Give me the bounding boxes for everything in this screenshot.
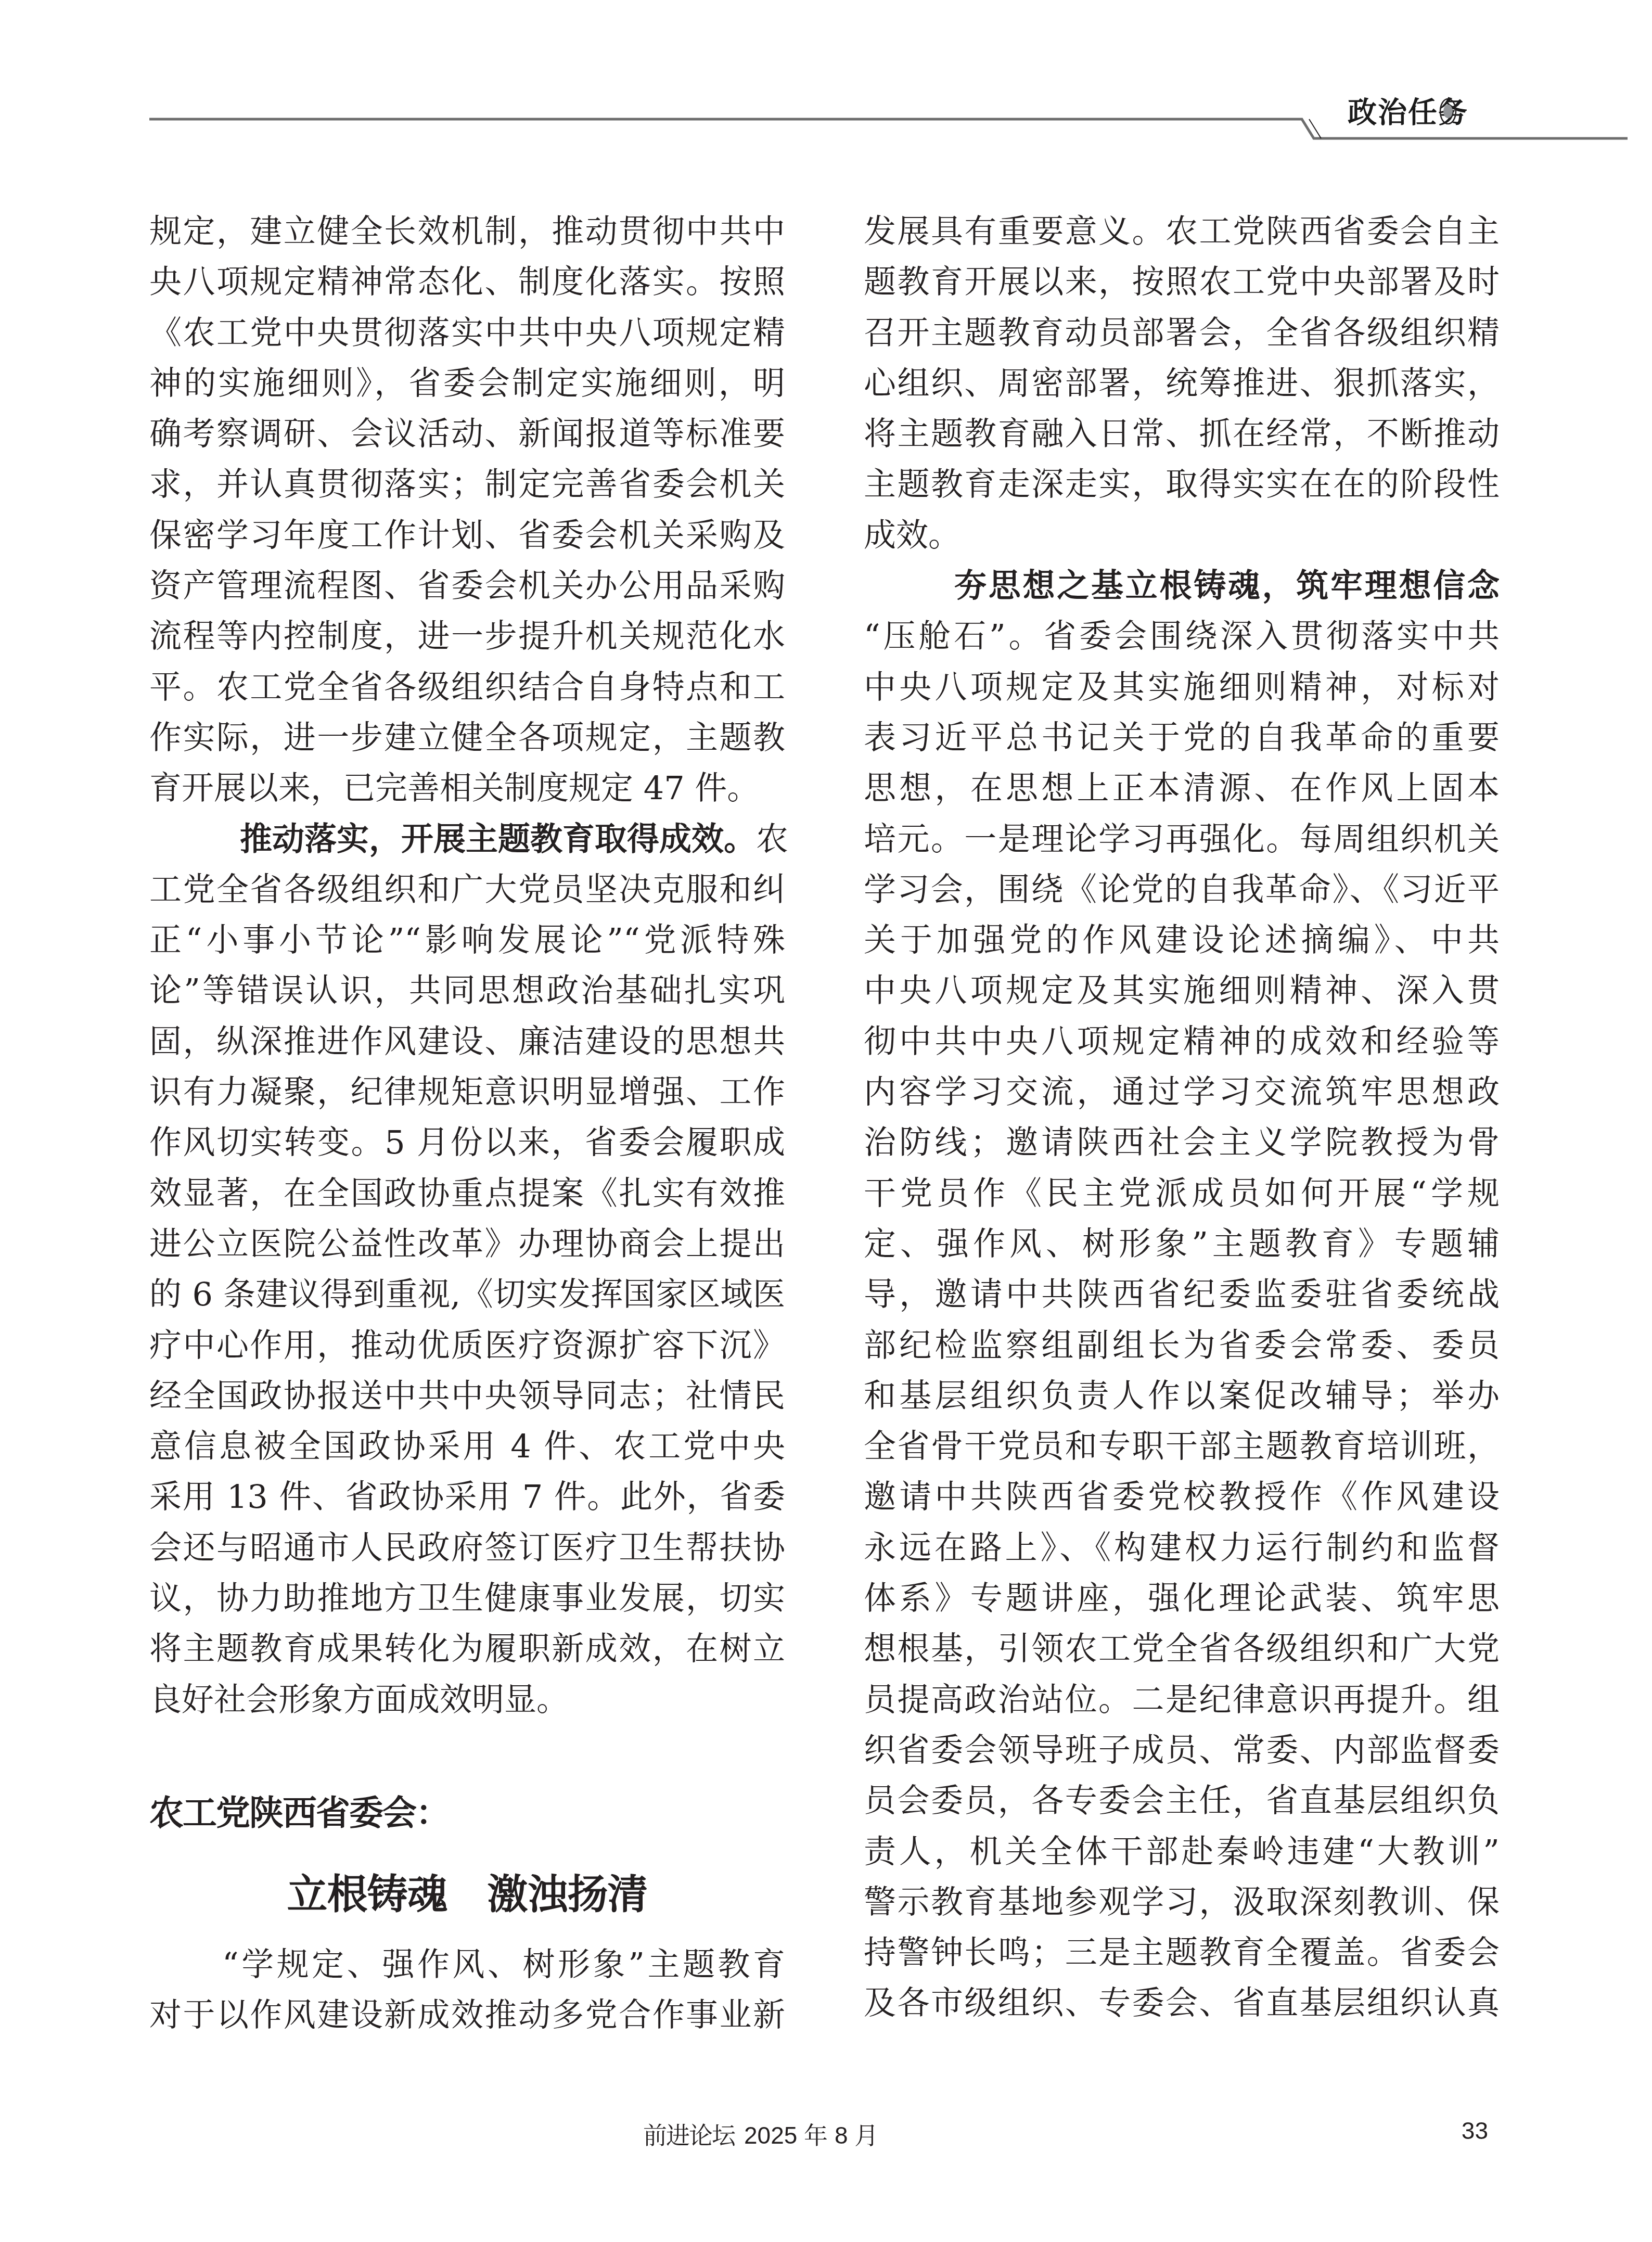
text-line: 员提高政治站位。二是纪律意识再提升。组 [864,1674,1500,1725]
text-line: 持警钟长鸣；三是主题教育全覆盖。省委会 [864,1927,1500,1978]
text-line: 效显著，在全国政协重点提案《扎实有效推 [149,1168,785,1219]
text-line: 心组织、周密部署，统筹推进、狠抓落实， [864,358,1500,408]
text-line: 平。农工党全省各级组织结合自身特点和工 [149,662,785,712]
text-line: 全省骨干党员和专职干部主题教育培训班， [864,1421,1500,1471]
text-line: 确考察调研、会议活动、新闻报道等标准要 [149,408,785,459]
footer-issue-date: 2025 年 8 月 [744,2117,878,2151]
text-line: 推动落实，开展主题教育取得成效。农 [149,814,785,864]
text-line: 治防线；邀请陕西社会主义学院教授为骨 [864,1117,1500,1168]
text-line: 员会委员，各专委会主任，省直基层组织负 [864,1775,1500,1826]
text-line: 主题教育走深走实，取得实实在在的阶段性 [864,459,1500,509]
text-line: 责人，机关全体干部赴秦岭违建“大教训” [864,1826,1500,1877]
text-line: 永远在路上》、《构建权力运行制约和监督 [864,1522,1500,1573]
text-line: 发展具有重要意义。农工党陕西省委会自主 [864,206,1500,257]
text-line: 求，并认真贯彻落实；制定完善省委会机关 [149,459,785,509]
text-line: 工党全省各级组织和广大党员坚决克服和纠 [149,864,785,915]
text-line: 织省委会领导班子成员、常委、内部监督委 [864,1725,1500,1775]
text-line: 育开展以来，已完善相关制度规定 47 件。 [149,763,785,813]
text-line: 成效。 [864,510,1500,560]
text-line: 体系》专题讲座，强化理论武装、筑牢思 [864,1573,1500,1623]
paragraph-intro-continued: 发展具有重要意义。农工党陕西省委会自主 题教育开展以来，按照农工党中央部署及时 … [864,206,1500,560]
page-number: 33 [1405,2117,1488,2145]
text-line: 正“小事小节论”“影响发展论”“党派特殊 [149,915,785,965]
header-rule-icon [0,0,1652,156]
left-column: 规定，建立健全长效机制，推动贯彻中共中 央八项规定精神常态化、制度化落实。按照 … [149,206,785,1725]
text-line: 议，协力助推地方卫生健康事业发展，切实 [149,1573,785,1623]
text-line: 作风切实转变。5 月份以来，省委会履职成 [149,1117,785,1168]
text-line: 规定，建立健全长效机制，推动贯彻中共中 [149,206,785,257]
bold-lead: 推动落实，开展主题教育取得成效。 [240,820,756,858]
text-line: 疗中心作用，推动优质医疗资源扩容下沉》 [149,1320,785,1370]
article-title: 立根铸魂 激浊扬清 [149,1869,785,1921]
text-line: 表习近平总书记关于党的自我革命的重要 [864,712,1500,763]
text-line: 干党员作《民主党派成员如何开展“学规 [864,1168,1500,1219]
text-line: 想根基，引领农工党全省各级组织和广大党 [864,1623,1500,1674]
text-line: 对于以作风建设新成效推动多党合作事业新 [149,1990,785,2040]
text-line: 流程等内控制度，进一步提升机关规范化水 [149,611,785,661]
paragraph-regulations: 规定，建立健全长效机制，推动贯彻中共中 央八项规定精神常态化、制度化落实。按照 … [149,206,785,814]
text-line: 将主题教育成果转化为履职新成效，在树立 [149,1623,785,1674]
text-line: 导，邀请中共陕西省纪委监委驻省委统战 [864,1269,1500,1319]
circled-dot-icon [1435,97,1462,126]
org-heading: 农工党陕西省委会： [149,1790,449,1837]
text-line: 保密学习年度工作计划、省委会机关采购及 [149,510,785,560]
text-line: 内容学习交流，通过学习交流筑牢思想政 [864,1067,1500,1117]
text-line: 意信息被全国政协采用 4 件、农工党中央 [149,1421,785,1471]
text-line: 进公立医院公益性改革》办理协商会上提出 [149,1219,785,1269]
text-line: 资产管理流程图、省委会机关办公用品采购 [149,560,785,611]
text-line: 中央八项规定及其实施细则精神、深入贯 [864,965,1500,1016]
text-line: 培元。一是理论学习再强化。每周组织机关 [864,814,1500,864]
text-line: 部纪检监察组副组长为省委会常委、委员 [864,1320,1500,1370]
bold-lead: 夯思想之基立根铸魂，筑牢理想信念 [954,567,1500,605]
text-line: 央八项规定精神常态化、制度化落实。按照 [149,257,785,307]
text-line: 经全国政协报送中共中央领导同志；社情民 [149,1370,785,1421]
text-line: 作实际，进一步建立健全各项规定，主题教 [149,712,785,763]
text-line: 题教育开展以来，按照农工党中央部署及时 [864,257,1500,307]
text-line: 彻中共中央八项规定精神的成效和经验等 [864,1016,1500,1067]
paragraph-ideology: 夯思想之基立根铸魂，筑牢理想信念 “压舱石”。省委会围绕深入贯彻落实中共 中央八… [864,560,1500,2029]
text-line: 思想，在思想上正本清源、在作风上固本 [864,763,1500,813]
text-line: 和基层组织负责人作以案促改辅导；举办 [864,1370,1500,1421]
text-line: 识有力凝聚，纪律规矩意识明显增强、工作 [149,1067,785,1117]
text-line: 夯思想之基立根铸魂，筑牢理想信念 [864,560,1500,611]
text-line: 召开主题教育动员部署会，全省各级组织精 [864,308,1500,358]
footer-journal-name: 前进论坛 [643,2117,735,2151]
page-header: 政治任务 [0,0,1652,156]
text-line: 论”等错误认识，共同思想政治基础扎实巩 [149,965,785,1016]
text-line: 警示教育基地参观学习，汲取深刻教训、保 [864,1877,1500,1927]
text-line: 及各市级组织、专委会、省直基层组织认真 [864,1978,1500,2028]
right-column: 发展具有重要意义。农工党陕西省委会自主 题教育开展以来，按照农工党中央部署及时 … [864,206,1500,2029]
text-line: “学规定、强作风、树形象”主题教育 [149,1939,785,1990]
text-line: 邀请中共陕西省委党校教授作《作风建设 [864,1471,1500,1522]
text-line: 《农工党中央贯彻落实中共中央八项规定精 [149,308,785,358]
text-line: 定、强作风、树形象”主题教育》专题辅 [864,1219,1500,1269]
text-line: 采用 13 件、省政协采用 7 件。此外，省委 [149,1471,785,1522]
paragraph-results: 推动落实，开展主题教育取得成效。农 工党全省各级组织和广大党员坚决克服和纠 正“… [149,814,785,1725]
text-line: 学习会，围绕《论党的自我革命》、《习近平 [864,864,1500,915]
text-line: 会还与昭通市人民政府签订医疗卫生帮扶协 [149,1522,785,1573]
text-line: 将主题教育融入日常、抓在经常，不断推动 [864,408,1500,459]
text-line: 固，纵深推进作风建设、廉洁建设的思想共 [149,1016,785,1067]
text-line: 关于加强党的作风建设论述摘编》、中共 [864,915,1500,965]
text-run: 农 [756,820,788,858]
text-line: 的 6 条建议得到重视,《切实发挥国家区域医 [149,1269,785,1319]
text-line: 神的实施细则》，省委会制定实施细则，明 [149,358,785,408]
text-line: 中央八项规定及其实施细则精神，对标对 [864,662,1500,712]
article-intro: “学规定、强作风、树形象”主题教育 对于以作风建设新成效推动多党合作事业新 [149,1939,785,2041]
text-line: “压舱石”。省委会围绕深入贯彻落实中共 [864,611,1500,661]
text-line: 良好社会形象方面成效明显。 [149,1674,785,1725]
